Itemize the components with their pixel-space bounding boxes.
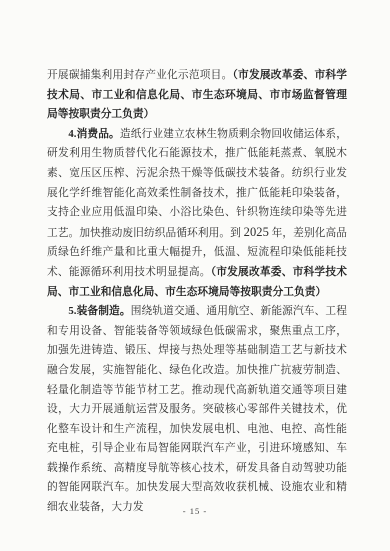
text-segment-normal: 开展碳捕集利用封存产业化示范项目。 (47, 69, 233, 81)
paragraph: 4.消费品。造纸行业建立农林生物质剩余物回收储运体系，研发利用生物质替代化石能源… (47, 125, 347, 302)
text-segment-lead: 5.装备制造。 (68, 305, 130, 317)
paragraph: 开展碳捕集利用封存产业化示范项目。（市发展改革委、市科学技术局、市工业和信息化局… (47, 66, 347, 125)
document-body: 开展碳捕集利用封存产业化示范项目。（市发展改革委、市科学技术局、市工业和信息化局… (47, 66, 347, 518)
text-segment-lead: 4.消费品。 (68, 128, 119, 140)
paragraph: 5.装备制造。围绕轨道交通、通用航空、新能源汽车、工程和专用设备、智能装备等领域… (47, 302, 347, 518)
text-segment-normal: 围绕轨道交通、通用航空、新能源汽车、工程和专用设备、智能装备等领域绿色低碳需求，… (47, 305, 347, 513)
document-page: 开展碳捕集利用封存产业化示范项目。（市发展改革委、市科学技术局、市工业和信息化局… (0, 0, 390, 551)
text-segment-numeral: 2025 (244, 225, 269, 239)
page-number: - 15 - (0, 506, 390, 516)
text-segment-normal: 造纸行业建立农林生物质剩余物回收储运体系，研发利用生物质替代化石能源技术，推广低… (47, 128, 347, 239)
